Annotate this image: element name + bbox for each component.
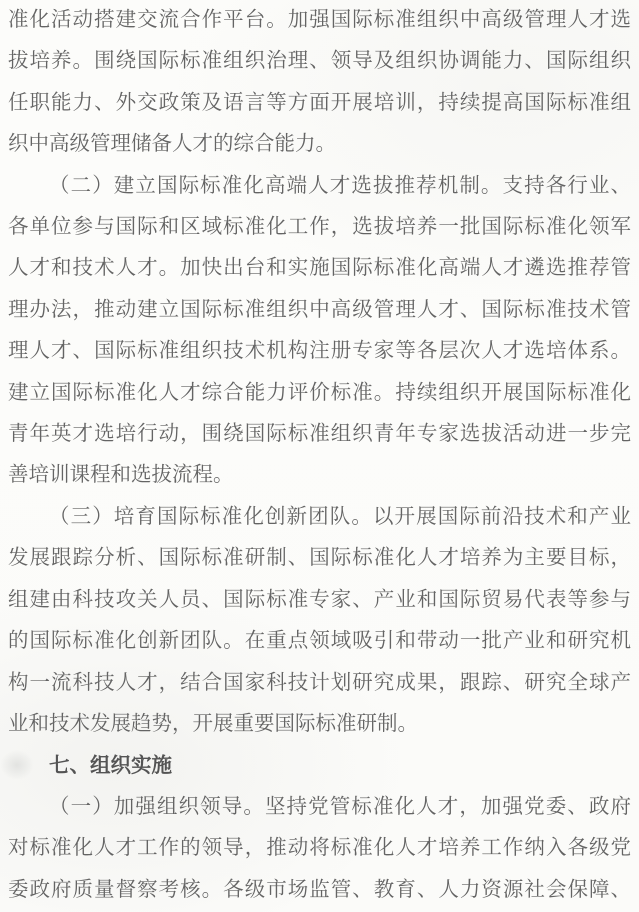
- text-line: 准化活动搭建交流合作平台。加强国际标准组织中高级管理人才选: [8, 0, 631, 41]
- text-line: 拔培养。围绕国际标准组织治理、领导及组织协调能力、国际组织: [8, 41, 631, 82]
- document-body: 准化活动搭建交流合作平台。加强国际标准组织中高级管理人才选拔培养。围绕国际标准组…: [0, 0, 639, 911]
- text-line: 建立国际标准化人才综合能力评价标准。持续组织开展国际标准化: [8, 373, 631, 414]
- text-line: （三）培育国际标准化创新团队。以开展国际前沿技术和产业: [8, 497, 631, 538]
- text-line: 发展跟踪分析、国际标准研制、国际标准化人才培养为主要目标，: [8, 538, 631, 579]
- text-line: 对标准化人才工作的领导，推动将标准化人才培养工作纳入各级党: [8, 828, 631, 869]
- paragraph: （一）加强组织领导。坚持党管标准化人才，加强党委、政府对标准化人才工作的领导，推…: [8, 787, 631, 911]
- section-heading: 七、组织实施: [8, 745, 631, 786]
- paragraph: （三）培育国际标准化创新团队。以开展国际前沿技术和产业发展跟踪分析、国际标准研制…: [8, 497, 631, 745]
- text-line: 的国际标准化创新团队。在重点领域吸引和带动一批产业和研究机: [8, 621, 631, 662]
- text-line: 业和技术发展趋势，开展重要国际标准研制。: [8, 704, 631, 745]
- text-line: （二）建立国际标准化高端人才选拔推荐机制。支持各行业、: [8, 166, 631, 207]
- heading-text-line: 七、组织实施: [8, 745, 631, 786]
- paragraph: 准化活动搭建交流合作平台。加强国际标准组织中高级管理人才选拔培养。围绕国际标准组…: [8, 0, 631, 166]
- text-line: 善培训课程和选拔流程。: [8, 455, 631, 496]
- text-line: 人才和技术人才。加快出台和实施国际标准化高端人才遴选推荐管: [8, 248, 631, 289]
- text-line: 织中高级管理储备人才的综合能力。: [8, 124, 631, 165]
- text-line: 理人才、国际标准组织技术机构注册专家等各层次人才选培体系。: [8, 331, 631, 372]
- text-line: 理办法，推动建立国际标准组织中高级管理人才、国际标准技术管: [8, 290, 631, 331]
- text-line: 青年英才选培行动，围绕国际标准组织青年专家选拔活动进一步完: [8, 414, 631, 455]
- paragraph: （二）建立国际标准化高端人才选拔推荐机制。支持各行业、各单位参与国际和区域标准化…: [8, 166, 631, 497]
- text-line: 任职能力、外交政策及语言等方面开展培训，持续提高国际标准组: [8, 83, 631, 124]
- document-page: 准化活动搭建交流合作平台。加强国际标准组织中高级管理人才选拔培养。围绕国际标准组…: [0, 0, 639, 912]
- text-line: 各单位参与国际和区域标准化工作，选拔培养一批国际标准化领军: [8, 207, 631, 248]
- text-line: （一）加强组织领导。坚持党管标准化人才，加强党委、政府: [8, 787, 631, 828]
- text-line: 组建由科技攻关人员、国际标准专家、产业和国际贸易代表等参与: [8, 580, 631, 621]
- text-line: 构一流科技人才，结合国家科技计划研究成果，跟踪、研究全球产: [8, 663, 631, 704]
- text-line: 委政府质量督察考核。各级市场监管、教育、人力资源社会保障、: [8, 870, 631, 911]
